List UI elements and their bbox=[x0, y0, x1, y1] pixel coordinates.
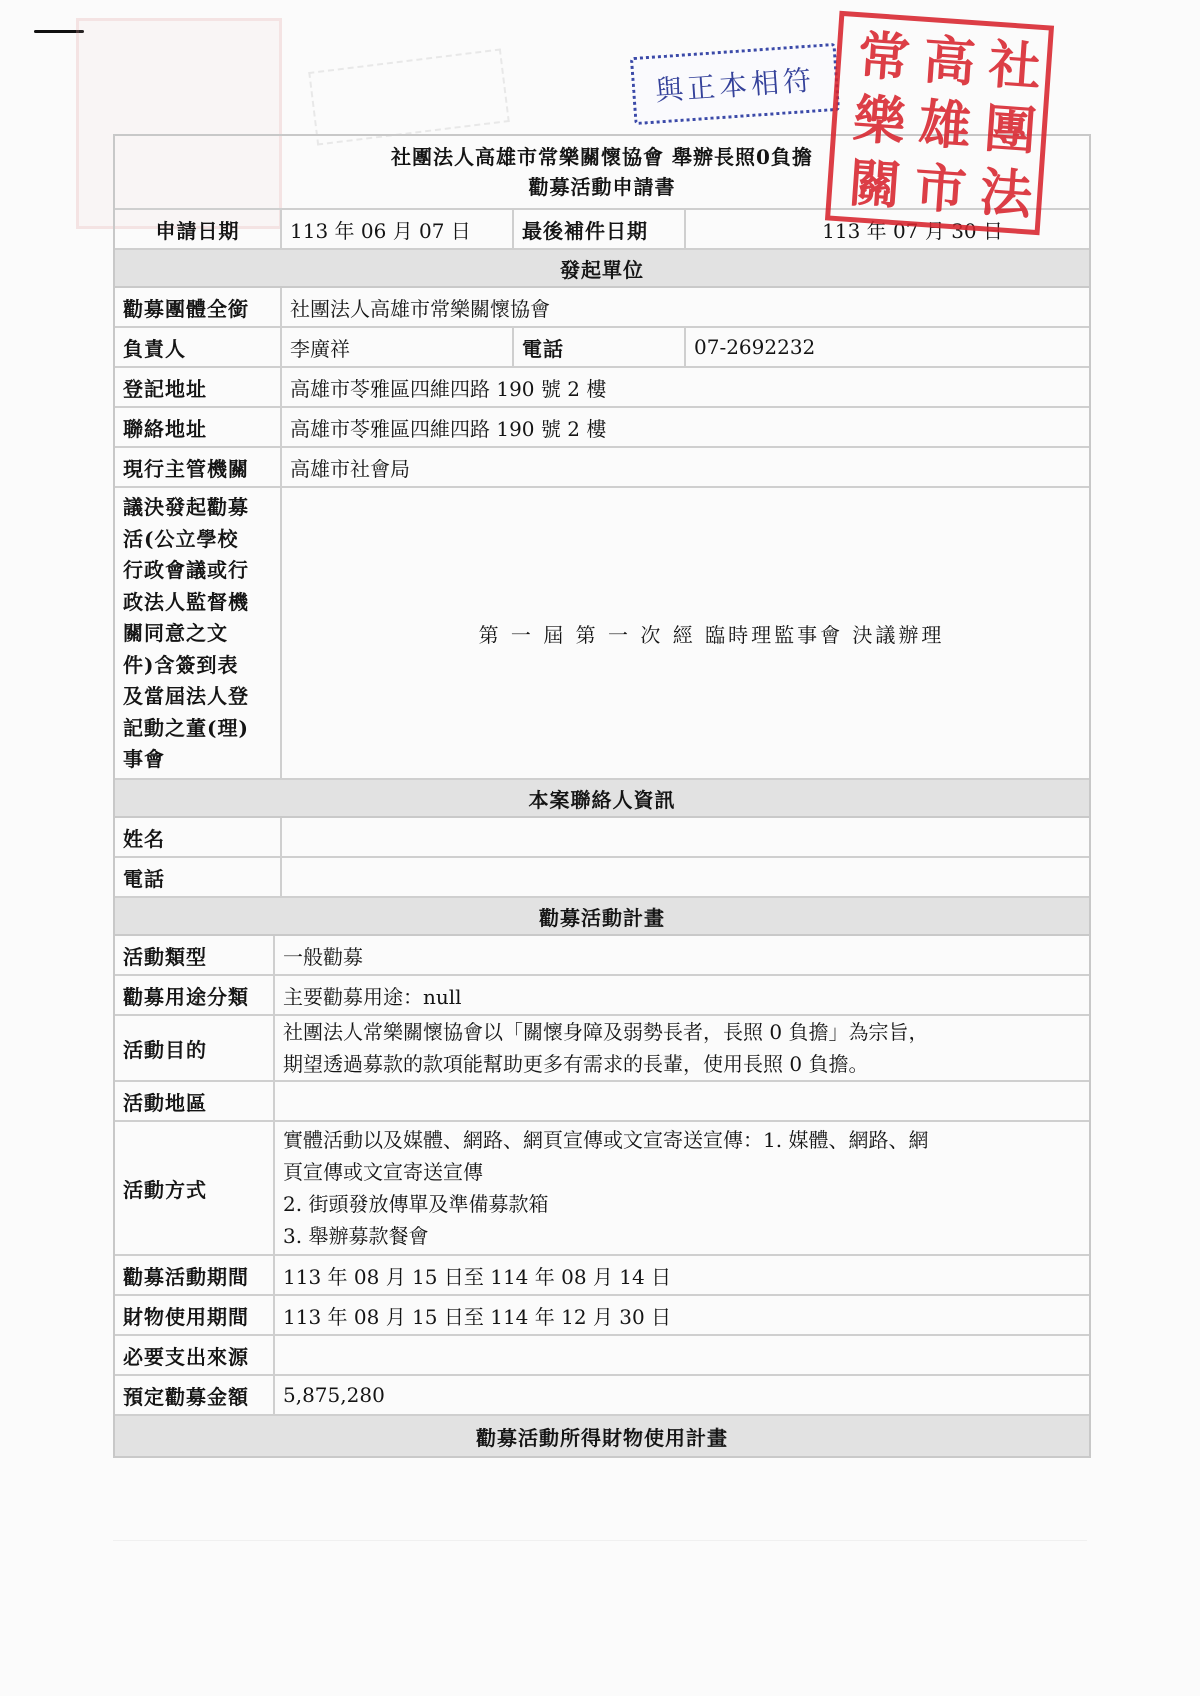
authority-value: 高雄市社會局 bbox=[282, 448, 1089, 486]
resolution-label-line: 議決發起勸募 bbox=[123, 492, 249, 524]
application-date-label: 申請日期 bbox=[115, 210, 282, 248]
authority-label: 現行主管機關 bbox=[115, 448, 282, 486]
contact-address-row: 聯絡地址 高雄市苓雅區四維四路 190 號 2 樓 bbox=[115, 408, 1089, 448]
application-date-value: 113 年 06 月 07 日 bbox=[282, 210, 514, 248]
section-contact: 本案聯絡人資訊 bbox=[115, 780, 1089, 818]
contact-name-label: 姓名 bbox=[115, 818, 282, 856]
section-plan: 勸募活動計畫 bbox=[115, 898, 1089, 936]
activity-type-row: 活動類型 一般勸募 bbox=[115, 936, 1089, 976]
contact-phone-row: 電話 bbox=[115, 858, 1089, 898]
target-amount-value: 5,875,280 bbox=[275, 1376, 1089, 1414]
authority-row: 現行主管機關 高雄市社會局 bbox=[115, 448, 1089, 488]
resolution-value: 第 一 屆 第 一 次 經 臨時理監事會 決議辦理 bbox=[282, 488, 1089, 778]
fundraising-period-label: 勸募活動期間 bbox=[115, 1256, 275, 1294]
purpose-class-value: 主要勸募用途：null bbox=[275, 976, 1089, 1014]
application-form: 社團法人高雄市常樂關懷協會 舉辦長照0負擔 勸募活動申請書 申請日期 113 年… bbox=[113, 134, 1091, 1458]
reg-address-value: 高雄市苓雅區四維四路 190 號 2 樓 bbox=[282, 368, 1089, 406]
purpose-class-label: 勸募用途分類 bbox=[115, 976, 275, 1014]
seal-char: 法 bbox=[966, 157, 1036, 225]
contact-address-label: 聯絡地址 bbox=[115, 408, 282, 446]
resolution-label-line: 記動之董(理) bbox=[123, 713, 249, 745]
resolution-label-line: 關同意之文 bbox=[123, 618, 228, 650]
seal-char: 樂 bbox=[839, 84, 909, 152]
resolution-label-line: 行政會議或行 bbox=[123, 555, 249, 587]
method-line: 頁宣傳或文宣寄送宣傳 bbox=[283, 1156, 483, 1188]
goal-row: 活動目的 社團法人常樂關懷協會以「關懷身障及弱勢長者，長照 0 負擔」為宗旨， … bbox=[115, 1016, 1089, 1082]
deadline-label: 最後補件日期 bbox=[514, 210, 686, 248]
contact-name-value bbox=[282, 818, 1089, 856]
expense-source-row: 必要支出來源 bbox=[115, 1336, 1089, 1376]
region-value bbox=[275, 1082, 1089, 1120]
resolution-label-line: 件)含簽到表 bbox=[123, 650, 238, 682]
fundraising-period-value: 113 年 08 月 15 日至 114 年 08 月 14 日 bbox=[275, 1256, 1089, 1294]
seal-char: 關 bbox=[835, 148, 905, 216]
organization-red-seal: 社 團 法 高 雄 市 常 樂 關 bbox=[825, 11, 1054, 235]
resolution-label-line: 及當屆法人登 bbox=[123, 681, 249, 713]
phone-label: 電話 bbox=[514, 328, 686, 366]
goal-line: 期望透過募款的款項能幫助更多有需求的長輩，使用長照 0 負擔。 bbox=[283, 1048, 868, 1080]
fundraising-period-row: 勸募活動期間 113 年 08 月 15 日至 114 年 08 月 14 日 bbox=[115, 1256, 1089, 1296]
reg-address-row: 登記地址 高雄市苓雅區四維四路 190 號 2 樓 bbox=[115, 368, 1089, 408]
org-name-label: 勸募團體全銜 bbox=[115, 288, 282, 326]
expense-source-value bbox=[275, 1336, 1089, 1374]
org-name-row: 勸募團體全銜 社團法人高雄市常樂關懷協會 bbox=[115, 288, 1089, 328]
seal-char: 常 bbox=[843, 20, 913, 88]
activity-type-value: 一般勸募 bbox=[275, 936, 1089, 974]
method-line: 2. 街頭發放傳單及準備募款箱 bbox=[283, 1188, 548, 1220]
resolution-label-line: 活(公立學校 bbox=[123, 524, 238, 556]
certified-copy-stamp: 與正本相符 bbox=[630, 43, 840, 125]
form-title-line2: 勸募活動申請書 bbox=[529, 172, 676, 202]
method-row: 活動方式 實體活動以及媒體、網路、網頁宣傳或文宣寄送宣傳：1. 媒體、網路、網 … bbox=[115, 1122, 1089, 1256]
form-title-line1: 社團法人高雄市常樂關懷協會 舉辦長照0負擔 bbox=[391, 142, 813, 172]
seal-char: 市 bbox=[900, 153, 970, 221]
expense-source-label: 必要支出來源 bbox=[115, 1336, 275, 1374]
method-label: 活動方式 bbox=[115, 1122, 275, 1254]
target-amount-row: 預定勸募金額 5,875,280 bbox=[115, 1376, 1089, 1416]
phone-value: 07-2692232 bbox=[686, 328, 1089, 366]
faded-stamp-bleedthrough bbox=[308, 48, 510, 145]
use-period-label: 財物使用期間 bbox=[115, 1296, 275, 1334]
method-value: 實體活動以及媒體、網路、網頁宣傳或文宣寄送宣傳：1. 媒體、網路、網 頁宣傳或文… bbox=[275, 1122, 1089, 1254]
contact-address-value: 高雄市苓雅區四維四路 190 號 2 樓 bbox=[282, 408, 1089, 446]
responsible-row: 負責人 李廣祥 電話 07-2692232 bbox=[115, 328, 1089, 368]
activity-type-label: 活動類型 bbox=[115, 936, 275, 974]
goal-value: 社團法人常樂關懷協會以「關懷身障及弱勢長者，長照 0 負擔」為宗旨， 期望透過募… bbox=[275, 1016, 1089, 1080]
region-row: 活動地區 bbox=[115, 1082, 1089, 1122]
seal-char: 雄 bbox=[905, 89, 975, 157]
section-usage-plan: 勸募活動所得財物使用計畫 bbox=[115, 1416, 1089, 1458]
resolution-label: 議決發起勸募 活(公立學校 行政會議或行 政法人監督機 關同意之文 件)含簽到表… bbox=[115, 488, 282, 778]
seal-char: 社 bbox=[974, 30, 1044, 98]
region-label: 活動地區 bbox=[115, 1082, 275, 1120]
responsible-value: 李廣祥 bbox=[282, 328, 514, 366]
org-name-value: 社團法人高雄市常樂關懷協會 bbox=[282, 288, 1089, 326]
use-period-value: 113 年 08 月 15 日至 114 年 12 月 30 日 bbox=[275, 1296, 1089, 1334]
resolution-label-line: 事會 bbox=[123, 744, 165, 776]
purpose-class-row: 勸募用途分類 主要勸募用途：null bbox=[115, 976, 1089, 1016]
goal-label: 活動目的 bbox=[115, 1016, 275, 1080]
seal-char: 高 bbox=[909, 25, 979, 93]
use-period-row: 財物使用期間 113 年 08 月 15 日至 114 年 12 月 30 日 bbox=[115, 1296, 1089, 1336]
contact-phone-value bbox=[282, 858, 1089, 896]
method-line: 3. 舉辦募款餐會 bbox=[283, 1220, 428, 1252]
faded-bleedthrough-table bbox=[113, 1480, 1087, 1541]
goal-line: 社團法人常樂關懷協會以「關懷身障及弱勢長者，長照 0 負擔」為宗旨， bbox=[283, 1016, 928, 1048]
method-line: 實體活動以及媒體、網路、網頁宣傳或文宣寄送宣傳：1. 媒體、網路、網 bbox=[283, 1124, 928, 1156]
resolution-label-line: 政法人監督機 bbox=[123, 587, 249, 619]
resolution-row: 議決發起勸募 活(公立學校 行政會議或行 政法人監督機 關同意之文 件)含簽到表… bbox=[115, 488, 1089, 780]
responsible-label: 負責人 bbox=[115, 328, 282, 366]
contact-phone-label: 電話 bbox=[115, 858, 282, 896]
contact-name-row: 姓名 bbox=[115, 818, 1089, 858]
seal-char: 團 bbox=[970, 93, 1040, 161]
target-amount-label: 預定勸募金額 bbox=[115, 1376, 275, 1414]
section-initiator: 發起單位 bbox=[115, 250, 1089, 288]
reg-address-label: 登記地址 bbox=[115, 368, 282, 406]
